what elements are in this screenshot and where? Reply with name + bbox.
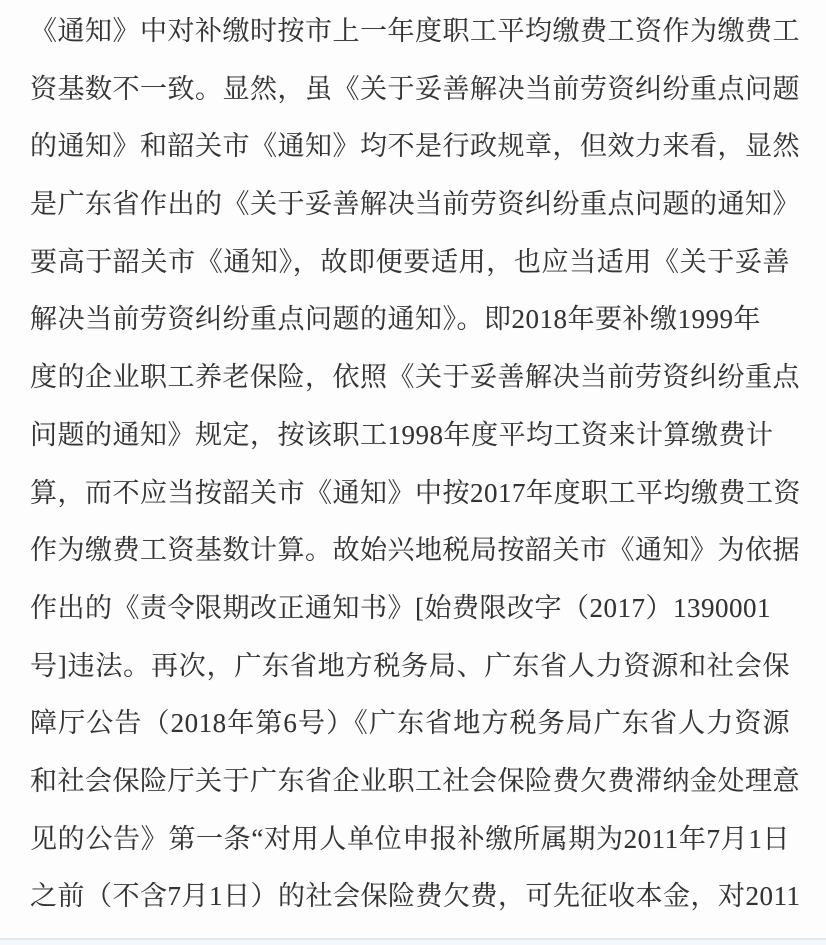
text-line: 度的企业职工养老保险，依照《关于妥善解决当前劳资纠纷重点 [30, 349, 790, 407]
text-line: 的通知》和韶关市《通知》均不是行政规章，但效力来看，显然 [30, 118, 790, 176]
text-line: 《通知》中对补缴时按市上一年度职工平均缴费工资作为缴费工 [30, 3, 790, 61]
page-bottom-edge [0, 938, 826, 945]
text-line: 作为缴费工资基数计算。故始兴地税局按韶关市《通知》为依据 [30, 522, 790, 580]
text-line: 解决当前劳资纠纷重点问题的通知》。即2018年要补缴1999年 [30, 291, 790, 349]
text-line: 要高于韶关市《通知》，故即便要适用，也应当适用《关于妥善 [30, 234, 790, 292]
text-line: 作出的《责令限期改正通知书》[始费限改字（2017）1390001 [30, 580, 790, 638]
text-line: 是广东省作出的《关于妥善解决当前劳资纠纷重点问题的通知》 [30, 176, 790, 234]
text-line: 算，而不应当按韶关市《通知》中按2017年度职工平均缴费工资 [30, 465, 790, 523]
text-line: 见的公告》第一条“对用人单位申报补缴所属期为2011年7月1日 [30, 811, 790, 869]
document-page: 《通知》中对补缴时按市上一年度职工平均缴费工资作为缴费工 资基数不一致。显然，虽… [0, 0, 826, 945]
text-line: 和社会保险厅关于广东省企业职工社会保险费欠费滞纳金处理意 [30, 753, 790, 811]
text-line: 问题的通知》规定，按该职工1998年度平均工资来计算缴费计 [30, 407, 790, 465]
paragraph-text-block: 《通知》中对补缴时按市上一年度职工平均缴费工资作为缴费工 资基数不一致。显然，虽… [30, 3, 790, 926]
text-line: 之前（不含7月1日）的社会保险费欠费，可先征收本金，对2011 [30, 868, 790, 926]
text-line: 障厅公告（2018年第6号）《广东省地方税务局广东省人力资源 [30, 695, 790, 753]
text-line: 号]违法。再次，广东省地方税务局、广东省人力资源和社会保 [30, 638, 790, 696]
text-line: 资基数不一致。显然，虽《关于妥善解决当前劳资纠纷重点问题 [30, 61, 790, 119]
